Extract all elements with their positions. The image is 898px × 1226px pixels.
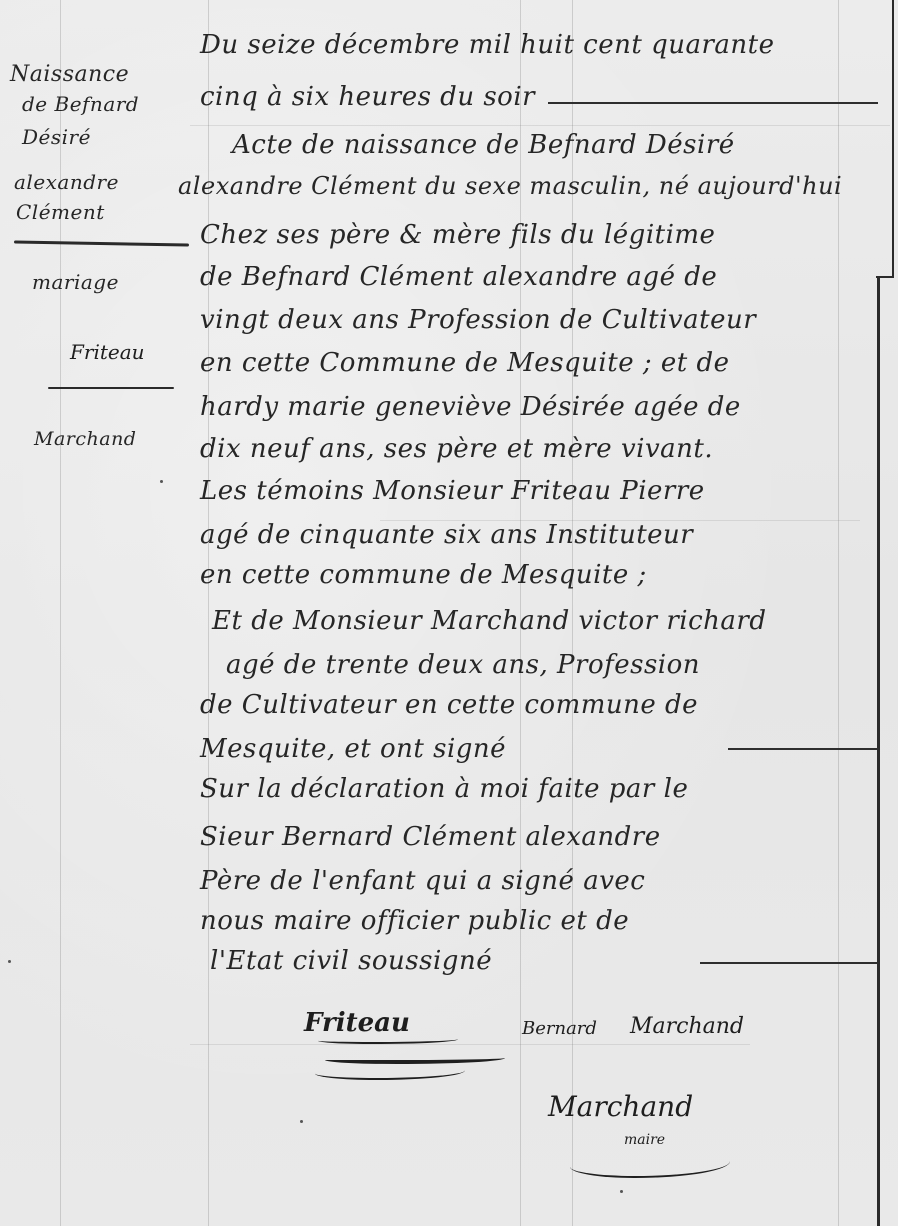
document-page: Naissance de Befnard Désiré alexandre Cl… [0,0,898,1226]
signature-flourish [570,1150,730,1178]
body-line: en cette Commune de Mesquite ; et de [200,348,730,378]
margin-title-line: alexandre [14,170,119,194]
signature-bernard: Bernard [522,1018,597,1039]
body-line: Acte de naissance de Befnard Désiré [232,130,735,160]
margin-title-line: Clément [16,200,105,224]
signature-underline [48,387,174,389]
margin-divider [14,240,189,246]
body-line: hardy marie geneviève Désirée agée de [200,392,741,422]
body-line: nous maire officier public et de [200,906,629,936]
body-line: Les témoins Monsieur Friteau Pierre [200,476,705,506]
margin-title-line: de Befnard [22,92,139,116]
scan-speck [300,1120,303,1123]
body-line: Père de l'enfant qui a signé avec [200,866,645,896]
body-line: Et de Monsieur Marchand victor richard [212,606,767,636]
margin-signature-friteau: Friteau [70,340,145,364]
ruled-line [190,1044,750,1045]
body-line: Mesquite, et ont signé [200,734,506,764]
body-line: Sieur Bernard Clément alexandre [200,822,661,852]
line-filler [728,748,878,750]
margin-title-line: Désiré [22,125,91,149]
scan-speck [620,1190,623,1193]
margin-mention: mariage [32,270,119,294]
body-line: de Cultivateur en cette commune de [200,690,698,720]
signature-marchand-witness: Marchand [630,1014,744,1039]
page-border [877,276,880,1226]
body-line: Sur la déclaration à moi faite par le [200,774,688,804]
ruled-line [190,125,890,126]
scan-speck [160,480,163,483]
line-filler [700,962,878,964]
line-filler [548,102,878,104]
margin-signature-marchand: Marchand [34,428,136,450]
signature-mayor: Marchand [548,1090,693,1123]
body-line: dix neuf ans, ses père et mère vivant. [200,434,713,464]
margin-title-line: Naissance [10,62,129,87]
body-line: de Befnard Clément alexandre agé de [200,262,717,292]
body-line: l'Etat civil soussigné [210,946,492,976]
signature-flourish [318,1036,458,1044]
body-line: agé de trente deux ans, Profession [226,650,700,680]
body-line: vingt deux ans Profession de Cultivateur [200,305,756,335]
body-line: cinq à six heures du soir [200,82,535,112]
scan-speck [8,960,11,963]
page-border [892,0,894,278]
body-line: agé de cinquante six ans Instituteur [200,520,693,550]
body-line: en cette commune de Mesquite ; [200,560,647,590]
body-line: alexandre Clément du sexe masculin, né a… [178,172,842,200]
signature-flourish [325,1054,505,1064]
signature-flourish [315,1064,465,1080]
body-line: Chez ses père & mère fils du légitime [200,220,715,250]
signature-friteau: Friteau [304,1008,410,1038]
mayor-title: maire [624,1132,665,1148]
body-line: Du seize décembre mil huit cent quarante [200,30,774,60]
